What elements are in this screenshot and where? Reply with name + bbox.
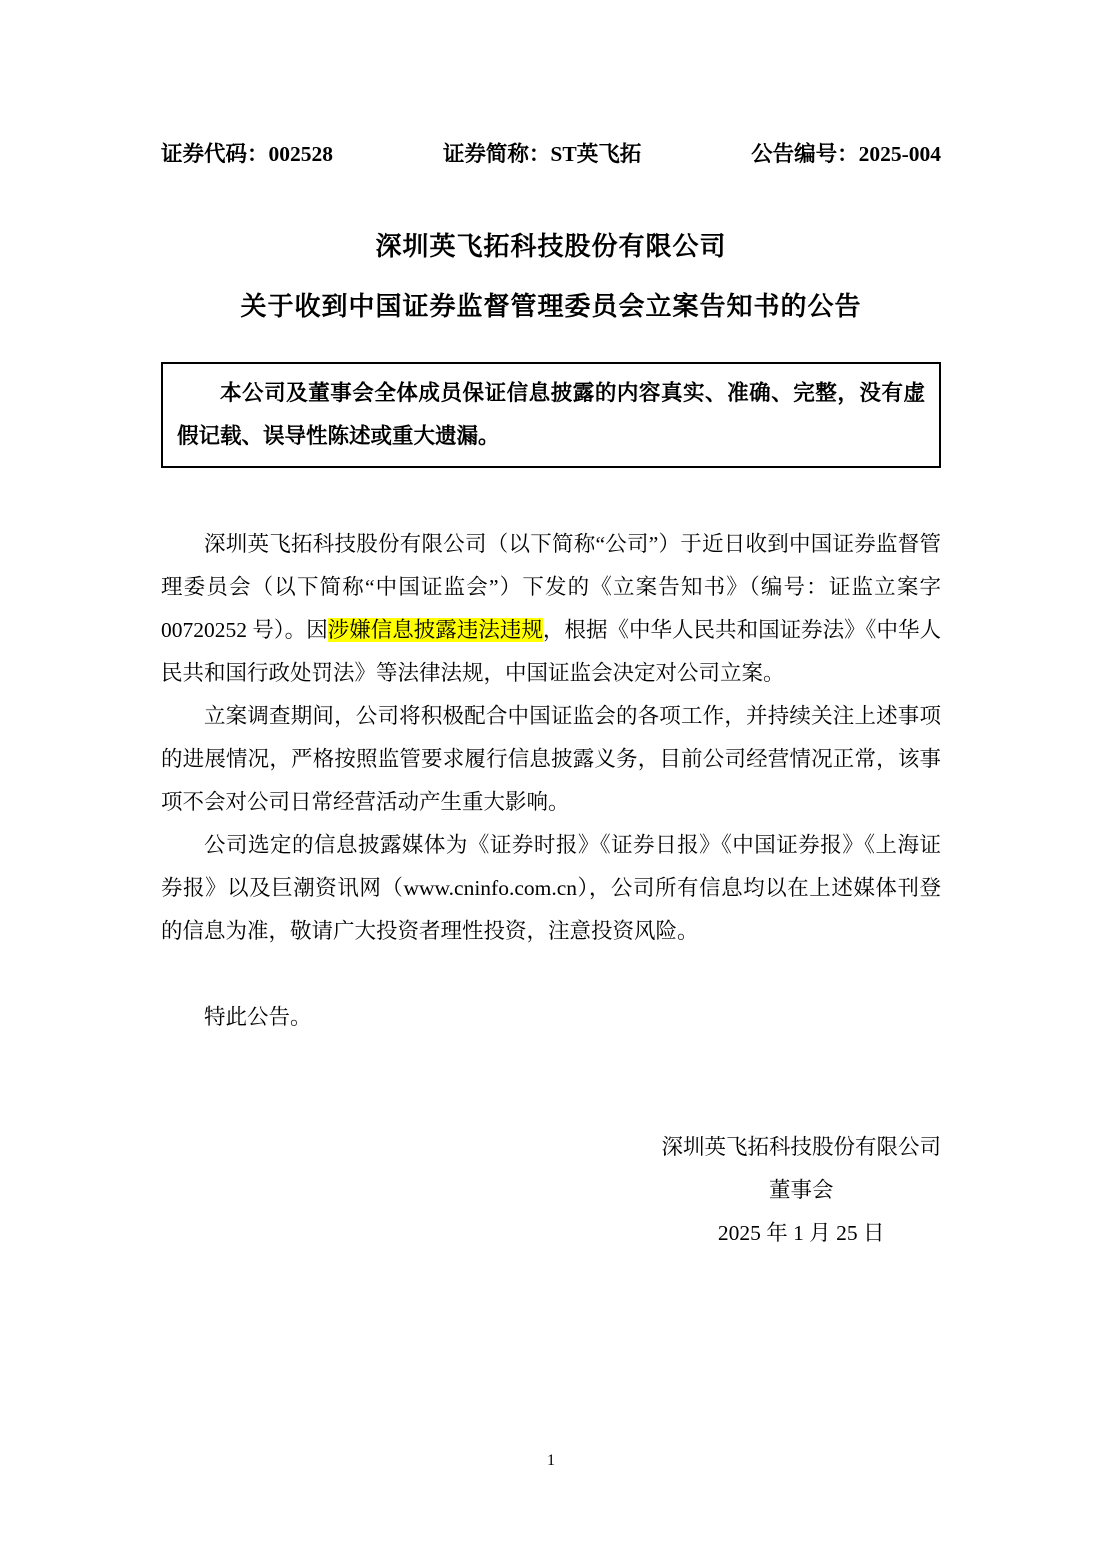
paragraph-2: 立案调查期间，公司将积极配合中国证监会的各项工作，并持续关注上述事项的进展情况，… bbox=[161, 695, 941, 824]
page-content: 证券代码：002528 证券简称：ST英飞拓 公告编号：2025-004 深圳英… bbox=[161, 0, 941, 1255]
closing-statement: 特此公告。 bbox=[161, 996, 941, 1039]
paragraph-1: 深圳英飞拓科技股份有限公司（以下简称“公司”）于近日收到中国证券监督管理委员会（… bbox=[161, 523, 941, 695]
document-header: 证券代码：002528 证券简称：ST英飞拓 公告编号：2025-004 bbox=[161, 140, 941, 168]
signature-company: 深圳英飞拓科技股份有限公司 bbox=[661, 1126, 941, 1169]
announcement-number: 公告编号：2025-004 bbox=[751, 140, 941, 168]
stock-name: 证券简称：ST英飞拓 bbox=[443, 140, 641, 168]
company-title: 深圳英飞拓科技股份有限公司 bbox=[161, 230, 941, 264]
signature-date: 2025 年 1 月 25 日 bbox=[661, 1212, 941, 1255]
disclaimer-text: 本公司及董事会全体成员保证信息披露的内容真实、准确、完整，没有虚假记载、误导性陈… bbox=[177, 372, 925, 458]
signature-board: 董事会 bbox=[661, 1169, 941, 1212]
page-number: 1 bbox=[0, 1452, 1102, 1469]
announcement-body: 深圳英飞拓科技股份有限公司（以下简称“公司”）于近日收到中国证券监督管理委员会（… bbox=[161, 523, 941, 1039]
paragraph-3: 公司选定的信息披露媒体为《证券时报》《证券日报》《中国证券报》《上海证券报》以及… bbox=[161, 824, 941, 953]
highlighted-phrase: 涉嫌信息披露违法违规 bbox=[328, 618, 543, 642]
stock-code: 证券代码：002528 bbox=[161, 140, 333, 168]
disclaimer-box: 本公司及董事会全体成员保证信息披露的内容真实、准确、完整，没有虚假记载、误导性陈… bbox=[161, 362, 941, 468]
announcement-title: 关于收到中国证券监督管理委员会立案告知书的公告 bbox=[161, 290, 941, 324]
signature-block: 深圳英飞拓科技股份有限公司 董事会 2025 年 1 月 25 日 bbox=[661, 1126, 941, 1255]
announcement-page: 证券代码：002528 证券简称：ST英飞拓 公告编号：2025-004 深圳英… bbox=[0, 0, 1102, 1559]
